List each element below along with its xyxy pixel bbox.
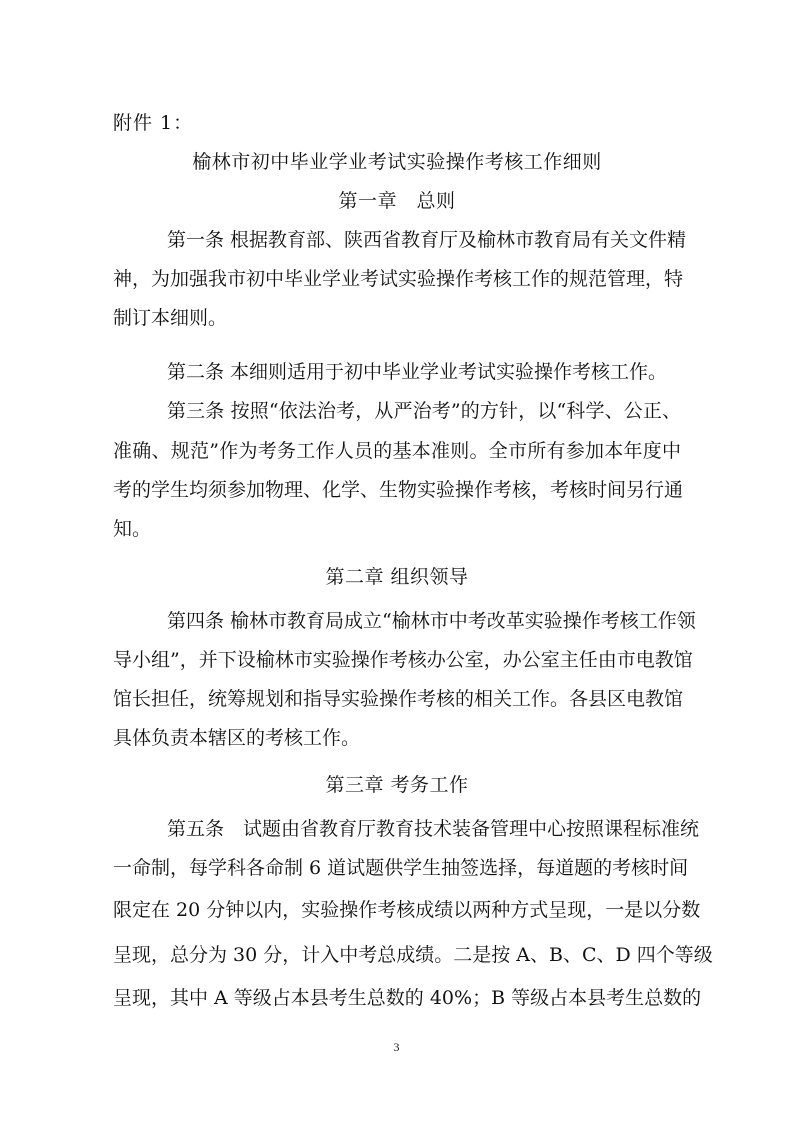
article-1-line-3: 制订本细则。 bbox=[113, 298, 227, 338]
article-5-line-2: 一命制，每学科各命制 6 道试题供学生抽签选择，每道题的考核时间 bbox=[113, 848, 681, 888]
article-3-line-2: 准确、规范”作为考务工作人员的基本准则。全市所有参加本年度中 bbox=[113, 431, 681, 471]
article-5-line-3: 限定在 20 分钟以内，实验操作考核成绩以两种方式呈现，一是以分数 bbox=[113, 890, 681, 930]
article-2-line-1: 第二条 本细则适用于初中毕业学业考试实验操作考核工作。 bbox=[113, 352, 681, 392]
document-title: 榆林市初中毕业学业考试实验操作考核工作细则 bbox=[113, 142, 681, 182]
article-5-line-4: 呈现，总分为 30 分，计入中考总成绩。二是按 A、B、C、D 四个等级 bbox=[113, 935, 681, 975]
article-5-line-1: 第五条 试题由省教育厅教育技术装备管理中心按照课程标准统 bbox=[113, 809, 681, 849]
article-4-line-2: 导小组”，并下设榆林市实验操作考核办公室，办公室主任由市电教馆 bbox=[113, 640, 681, 680]
article-4-line-4: 具体负责本辖区的考核工作。 bbox=[113, 718, 360, 758]
article-1-line-2: 神，为加强我市初中毕业学业考试实验操作考核工作的规范管理，特 bbox=[113, 259, 681, 299]
attachment-label: 附件 1： bbox=[113, 103, 193, 143]
chapter-1-heading: 第一章 总则 bbox=[113, 181, 681, 221]
article-3-line-4: 知。 bbox=[113, 509, 151, 549]
article-5-line-5: 呈现，其中 A 等级占本县考生总数的 40%；B 等级占本县考生总数的 bbox=[113, 978, 681, 1018]
article-4-line-3: 馆长担任，统筹规划和指导实验操作考核的相关工作。各县区电教馆 bbox=[113, 679, 681, 719]
article-4-line-1: 第四条 榆林市教育局成立“榆林市中考改革实验操作考核工作领 bbox=[113, 601, 681, 641]
article-3-line-1: 第三条 按照“依法治考，从严治考”的方针，以“科学、公正、 bbox=[113, 391, 681, 431]
page-number: 3 bbox=[0, 1040, 793, 1055]
article-1-line-1: 第一条 根据教育部、陕西省教育厅及榆林市教育局有关文件精 bbox=[113, 220, 681, 260]
article-3-line-3: 考的学生均须参加物理、化学、生物实验操作考核，考核时间另行通 bbox=[113, 470, 681, 510]
chapter-2-heading: 第二章 组织领导 bbox=[113, 557, 681, 597]
chapter-3-heading: 第三章 考务工作 bbox=[113, 765, 681, 805]
